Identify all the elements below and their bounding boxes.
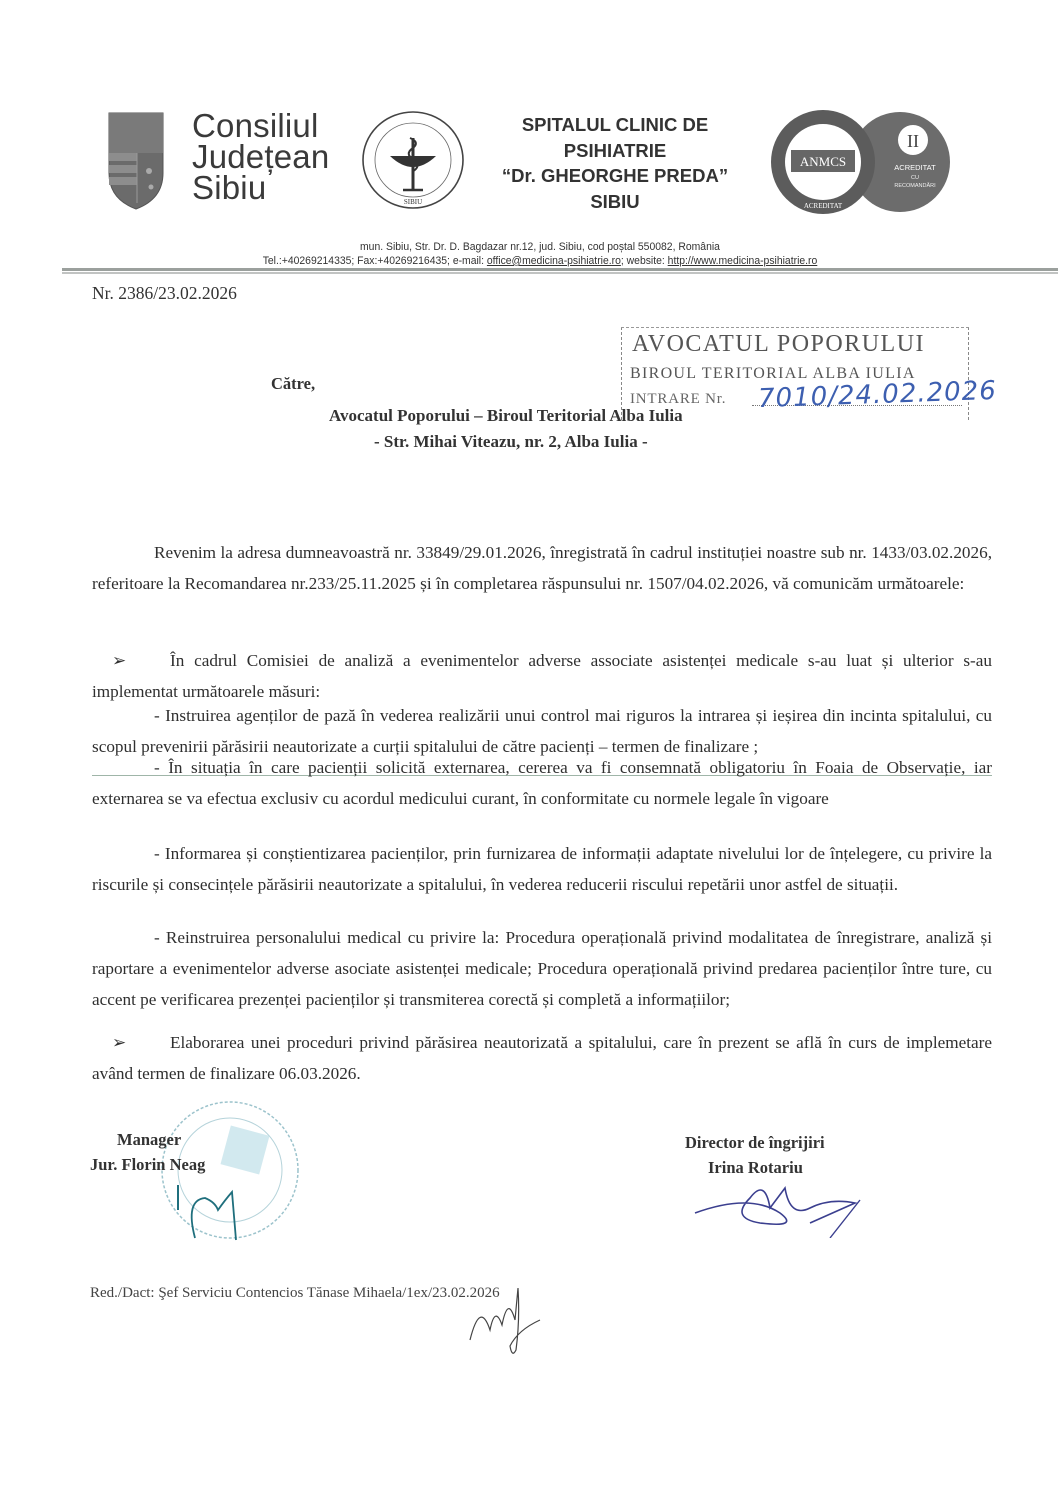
manager-title: Manager (117, 1130, 181, 1150)
handwritten-initials-icon (460, 1280, 550, 1360)
header-divider-secondary (62, 272, 1058, 274)
measure-2-text: - În situația în care pacienții solicită… (92, 752, 992, 814)
manager-name: Jur. Florin Neag (90, 1155, 205, 1175)
registration-number: Nr. 2386/23.02.2026 (92, 283, 237, 304)
svg-text:ANMCS: ANMCS (800, 154, 846, 169)
point-2-content: Elaborarea unei proceduri privind părăsi… (92, 1033, 992, 1083)
hospital-name: SPITALUL CLINIC DE PSIHIATRIE “Dr. GHEOR… (480, 112, 750, 214)
measure-3-text: - Informarea și conștientizarea pacienți… (92, 838, 992, 900)
svg-text:CU: CU (911, 175, 919, 181)
svg-text:ACREDITAT: ACREDITAT (804, 202, 843, 210)
website-link[interactable]: http://www.medicina-psihiatrie.ro (668, 255, 818, 267)
measure-4-text: - Reinstruirea personalului medical cu p… (92, 922, 992, 1015)
svg-text:II: II (907, 131, 919, 151)
hospital-name-line-4: SIBIU (480, 189, 750, 215)
hospital-name-line-2: PSIHIATRIE (480, 138, 750, 164)
addressee-street: - Str. Mihai Viteazu, nr. 2, Alba Iulia … (374, 432, 648, 452)
intro-paragraph: Revenim la adresa dumneavoastră nr. 3384… (92, 537, 992, 599)
coat-of-arms-icon (107, 111, 165, 211)
hospital-address: mun. Sibiu, Str. Dr. D. Bagdazar nr.12, … (190, 240, 889, 254)
email-link[interactable]: office@medicina-psihiatrie.ro (487, 255, 621, 267)
phone-fax: Tel.:+40269214335; Fax:+40269216435; e-m… (263, 255, 487, 267)
addressee-label: Către, (271, 374, 315, 394)
director-title: Director de îngrijiri (685, 1133, 825, 1153)
hospital-name-line-1: SPITALUL CLINIC DE (480, 112, 750, 138)
measure-3: - Informarea și conștientizarea pacienți… (92, 838, 992, 900)
handwritten-signature-icon (690, 1168, 870, 1238)
council-line-1: Consiliul (192, 110, 329, 141)
svg-text:SIBIU: SIBIU (404, 198, 422, 206)
addressee-name: Avocatul Poporului – Biroul Teritorial A… (329, 406, 683, 426)
hospital-contact-line: Tel.:+40269214335; Fax:+40269216435; e-m… (190, 254, 889, 268)
council-line-2: Județean (192, 141, 329, 172)
caduceus-seal-icon: SIBIU (358, 108, 468, 213)
drafted-by-note: Red./Dact: Şef Serviciu Contencios Tănas… (90, 1285, 500, 1302)
point-2: ➢Elaborarea unei proceduri privind părăs… (92, 1027, 992, 1089)
point-1: ➢În cadrul Comisiei de analiză a evenime… (92, 645, 992, 707)
hospital-name-line-3: “Dr. GHEORGHE PREDA” (480, 163, 750, 189)
handwritten-signature-icon (170, 1180, 250, 1250)
point-1-text: ➢În cadrul Comisiei de analiză a evenime… (92, 645, 992, 707)
svg-text:ACREDITAT: ACREDITAT (894, 163, 936, 172)
measure-4: - Reinstruirea personalului medical cu p… (92, 922, 992, 1015)
point-1-content: În cadrul Comisiei de analiză a evenimen… (92, 651, 992, 701)
point-2-text: ➢Elaborarea unei proceduri privind părăs… (92, 1027, 992, 1089)
arrow-bullet-icon: ➢ (92, 1027, 170, 1058)
stamp-institution: AVOCATUL POPORULUI (632, 331, 925, 358)
council-line-3: Sibiu (192, 172, 329, 203)
county-council-name: Consiliul Județean Sibiu (192, 110, 329, 203)
contact-block: mun. Sibiu, Str. Dr. D. Bagdazar nr.12, … (190, 240, 889, 268)
intro-text: Revenim la adresa dumneavoastră nr. 3384… (92, 537, 992, 599)
arrow-bullet-icon: ➢ (92, 645, 170, 676)
measure-2: - În situația în care pacienții solicită… (92, 752, 992, 814)
header-divider (62, 268, 1058, 271)
svg-text:RECOMANDĂRI: RECOMANDĂRI (894, 182, 936, 189)
website-label: ; website: (621, 255, 668, 267)
anmcs-accreditation-badge-icon: ANMCS II ACREDITAT CU RECOMANDĂRI ACREDI… (765, 110, 955, 215)
